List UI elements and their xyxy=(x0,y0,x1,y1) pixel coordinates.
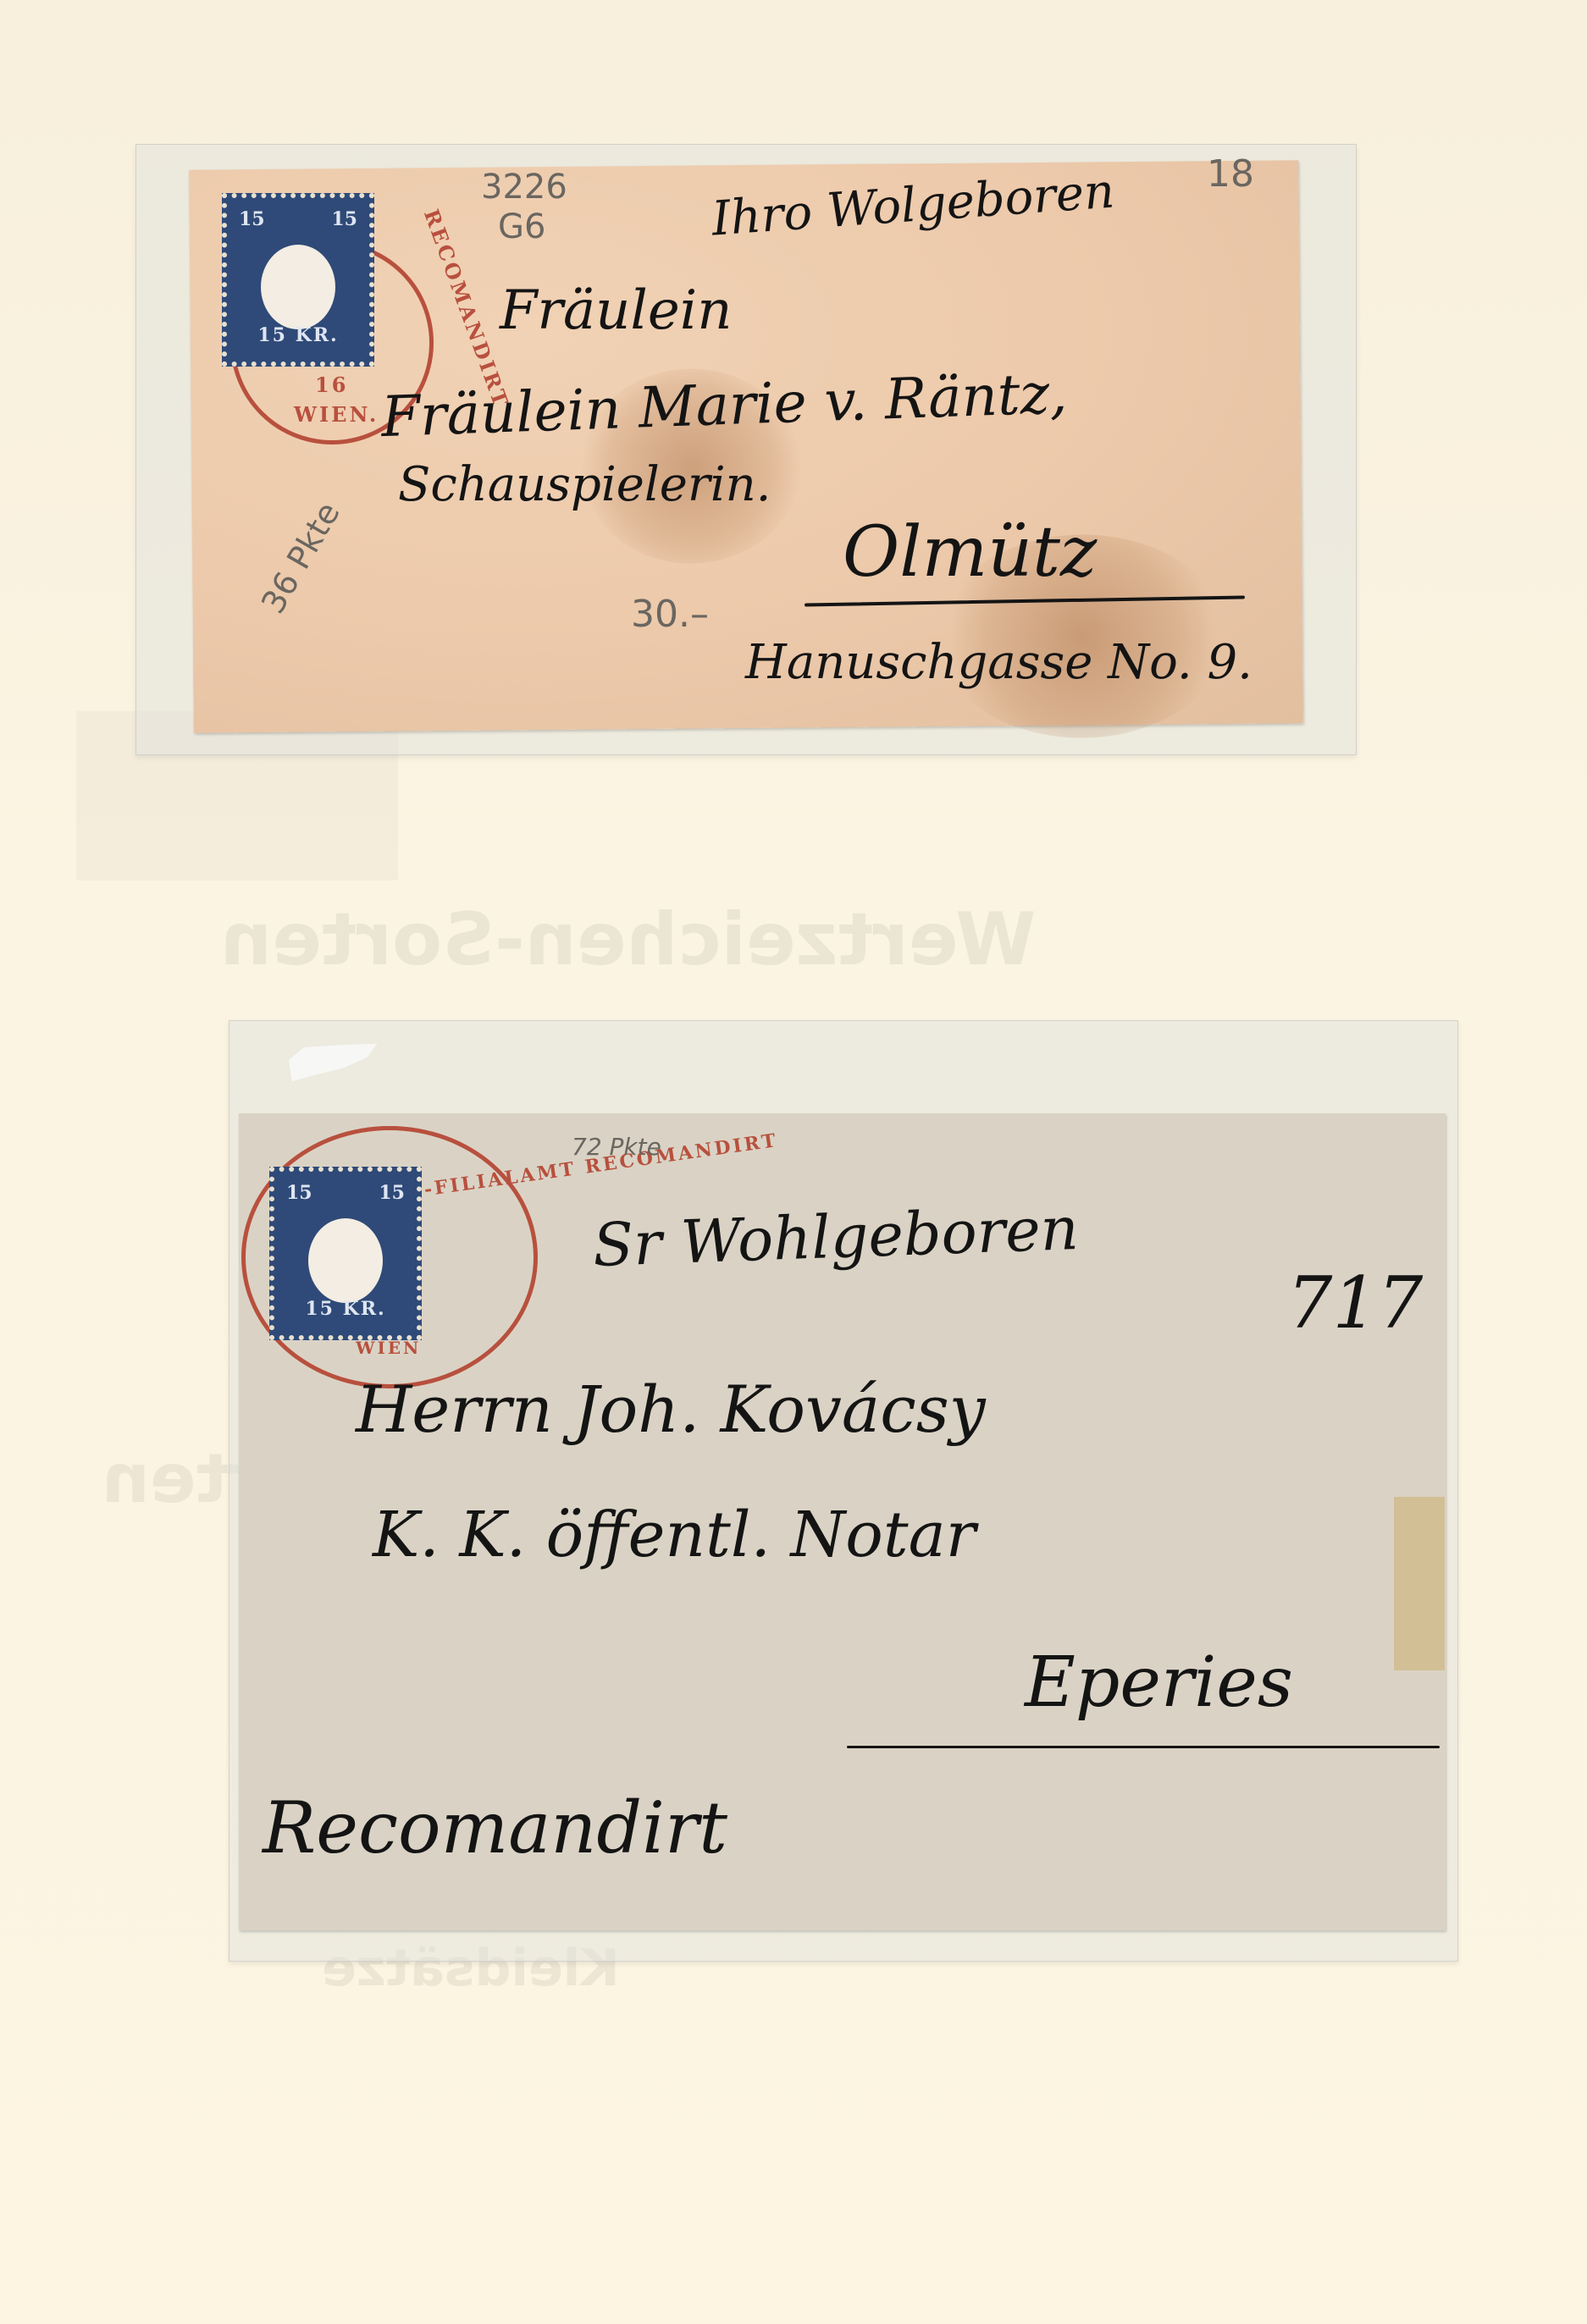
address-line: Fräulein xyxy=(500,279,732,342)
postage-stamp[interactable]: 15 15 15 KR. xyxy=(269,1167,422,1340)
bleed-through-heading: Wertzeichen-Sorten xyxy=(220,897,1036,982)
address-line: Eperies xyxy=(1025,1642,1293,1723)
underline xyxy=(847,1746,1440,1748)
hinge-tape xyxy=(1394,1497,1445,1670)
emperor-portrait-icon xyxy=(308,1218,383,1303)
pencil-corner-number: 18 xyxy=(1207,152,1254,196)
registration-note: Recomandirt xyxy=(263,1786,727,1869)
pencil-code: G6 xyxy=(498,207,545,246)
address-line: Schauspielerin. xyxy=(398,457,771,512)
emperor-portrait-icon xyxy=(261,245,335,329)
letter-number: 717 xyxy=(1287,1261,1423,1344)
postage-stamp[interactable]: 15 15 15 KR. xyxy=(222,193,374,367)
album-page: Wertzeichen-Sorten Wertzeichen-Sorten Kl… xyxy=(0,0,1587,2324)
address-line: Herrn Joh. Kovácsy xyxy=(356,1372,986,1447)
address-line: Olmütz xyxy=(843,512,1097,593)
pencil-price: 30.– xyxy=(631,593,709,636)
address-line: K. K. öffentl. Notar xyxy=(373,1499,976,1571)
pencil-catalog-number: 3226 xyxy=(481,168,567,207)
pencil-points: 72 Pkte xyxy=(572,1133,661,1161)
address-line: Hanuschgasse No. 9. xyxy=(745,635,1252,690)
